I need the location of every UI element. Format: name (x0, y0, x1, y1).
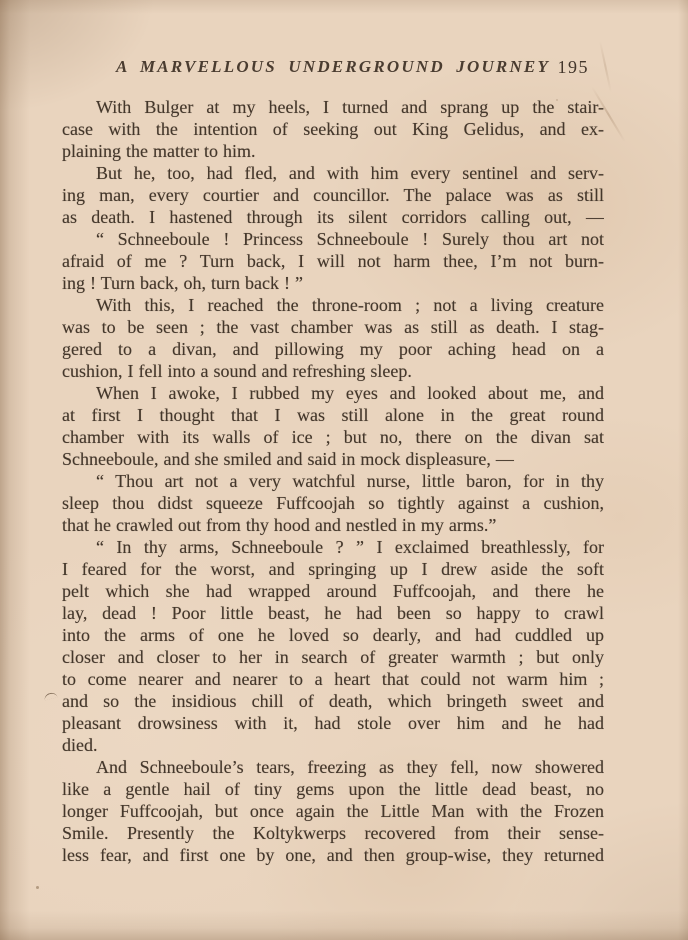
text-line: I feared for the worst, and springing up… (62, 558, 604, 580)
paragraph: And Schneeboule’s tears, freezing as the… (62, 756, 604, 866)
text-line: like a gentle hail of tiny gems upon the… (62, 778, 604, 800)
text-line: lay, dead ! Poor little beast, he had be… (62, 602, 604, 624)
text-line: to come nearer and nearer to a heart tha… (62, 668, 604, 690)
text-line: Schneeboule, and she smiled and said in … (62, 448, 604, 470)
paragraph: “ Thou art not a very watchful nurse, li… (62, 470, 604, 536)
text-line: ing man, every courtier and councillor. … (62, 184, 604, 206)
running-header: A MARVELLOUS UNDERGROUND JOURNEY 195 (62, 57, 604, 77)
text-line: at first I thought that I was still alon… (62, 404, 604, 426)
text-line: cushion, I fell into a sound and refresh… (62, 360, 604, 382)
text-line: as death. I hastened through its silent … (62, 206, 604, 228)
text-line: and so the insidious chill of death, whi… (62, 690, 604, 712)
margin-pencil-mark (43, 692, 57, 701)
paragraph: With Bulger at my heels, I turned and sp… (62, 96, 604, 162)
text-line: When I awoke, I rubbed my eyes and looke… (62, 382, 604, 404)
text-line: pleasant drowsiness with it, had stole o… (62, 712, 604, 734)
text-line: Smile. Presently the Koltykwerps recover… (62, 822, 604, 844)
text-line: was to be seen ; the vast chamber was as… (62, 316, 604, 338)
text-line: “ Thou art not a very watchful nurse, li… (62, 470, 604, 492)
text-line: into the arms of one he loved so dearly,… (62, 624, 604, 646)
paragraph: “ Schneeboule ! Princess Schneeboule ! S… (62, 228, 604, 294)
paper-speck (36, 886, 39, 889)
text-line: closer and closer to her in search of gr… (62, 646, 604, 668)
text-line: “ In thy arms, Schneeboule ? ” I exclaim… (62, 536, 604, 558)
text-line: With this, I reached the throne-room ; n… (62, 294, 604, 316)
text-line: ing ! Turn back, oh, turn back ! ” (62, 272, 604, 294)
text-line: longer Fuffcoojah, but once again the Li… (62, 800, 604, 822)
text-line: pelt which she had wrapped around Fuffco… (62, 580, 604, 602)
book-page: A MARVELLOUS UNDERGROUND JOURNEY 195 Wit… (0, 0, 688, 940)
paragraph: With this, I reached the throne-room ; n… (62, 294, 604, 382)
text-line: chamber with its walls of ice ; but no, … (62, 426, 604, 448)
text-line: afraid of me ? Turn back, I will not har… (62, 250, 604, 272)
paragraph: “ In thy arms, Schneeboule ? ” I exclaim… (62, 536, 604, 756)
text-line: And Schneeboule’s tears, freezing as the… (62, 756, 604, 778)
text-line: gered to a divan, and pillowing my poor … (62, 338, 604, 360)
text-line: that he crawled out from thy hood and ne… (62, 514, 604, 536)
paragraph: But he, too, had fled, and with him ever… (62, 162, 604, 228)
text-block: With Bulger at my heels, I turned and sp… (62, 96, 604, 866)
paragraph: When I awoke, I rubbed my eyes and looke… (62, 382, 604, 470)
text-line: With Bulger at my heels, I turned and sp… (62, 96, 604, 118)
text-line: But he, too, had fled, and with him ever… (62, 162, 604, 184)
header-title: A MARVELLOUS UNDERGROUND JOURNEY (62, 57, 604, 76)
text-line: plaining the matter to him. (62, 140, 604, 162)
text-line: sleep thou didst squeeze Fuffcoojah so t… (62, 492, 604, 514)
text-line: “ Schneeboule ! Princess Schneeboule ! S… (62, 228, 604, 250)
page-number: 195 (558, 57, 590, 78)
text-line: died. (62, 734, 604, 756)
text-line: less fear, and first one by one, and the… (62, 844, 604, 866)
text-line: case with the intention of seeking out K… (62, 118, 604, 140)
